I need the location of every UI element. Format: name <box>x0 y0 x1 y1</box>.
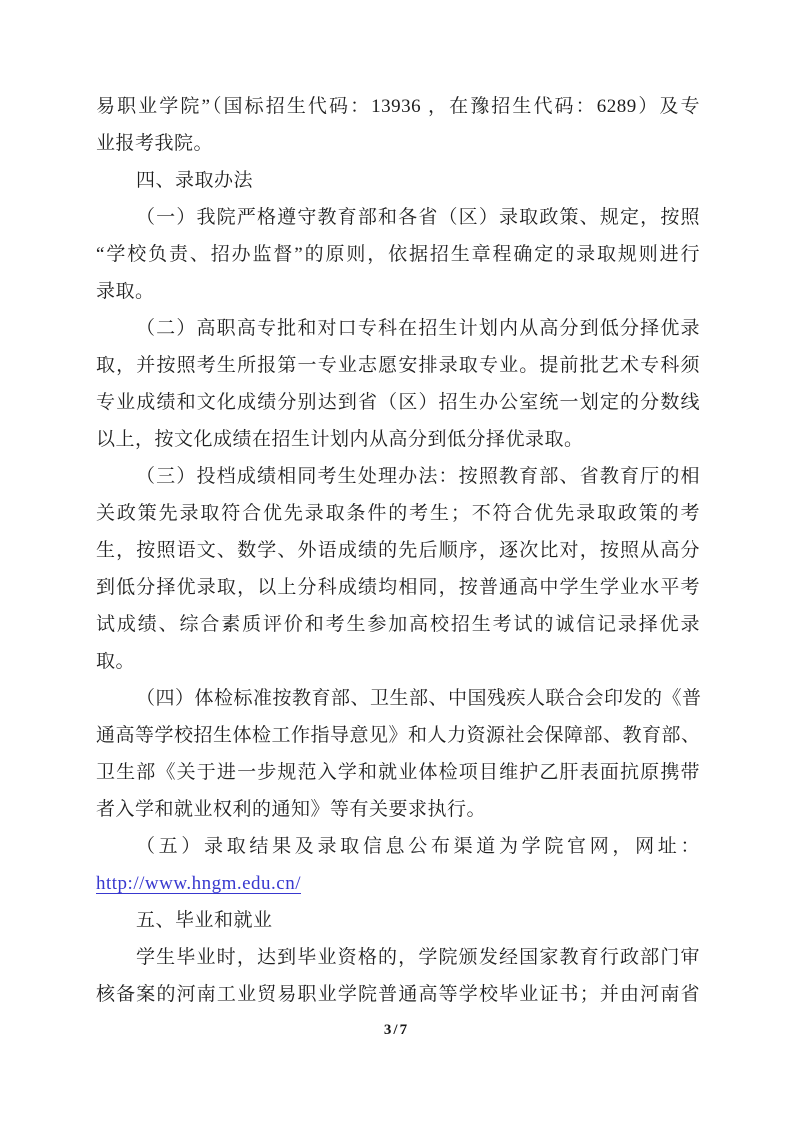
website-link-line: http://www.hngm.edu.cn/ <box>96 865 700 902</box>
text-line: （三）投档成绩相同考生处理办法：按照教育部、省教育厅的相 <box>96 458 700 495</box>
text-line: 录取。 <box>96 273 700 310</box>
text-line: （四）体检标准按教育部、卫生部、中国残疾人联合会印发的《普 <box>96 680 700 717</box>
text-line: （二）高职高专批和对口专科在招生计划内从高分到低分择优录 <box>96 310 700 347</box>
text-line: 取，并按照考生所报第一专业志愿安排录取专业。提前批艺术专科须 <box>96 347 700 384</box>
text-line: 者入学和就业权利的通知》等有关要求执行。 <box>96 791 700 828</box>
text-line: 业报考我院。 <box>96 125 700 162</box>
text-line: 生，按照语文、数学、外语成绩的先后顺序，逐次比对，按照从高分 <box>96 532 700 569</box>
website-link[interactable]: http://www.hngm.edu.cn/ <box>96 873 301 894</box>
text-line: （一）我院严格遵守教育部和各省（区）录取政策、规定，按照 <box>96 199 700 236</box>
text-line: “学校负责、招办监督”的原则，依据招生章程确定的录取规则进行 <box>96 236 700 273</box>
text-line: 卫生部《关于进一步规范入学和就业体检项目维护乙肝表面抗原携带 <box>96 754 700 791</box>
page-number: 3/7 <box>0 1022 793 1039</box>
section-heading-graduation-employment: 五、毕业和就业 <box>96 902 700 939</box>
text-line: 专业成绩和文化成绩分别达到省（区）招生办公室统一划定的分数线 <box>96 384 700 421</box>
text-line: 易职业学院”（国标招生代码：13936 ，在豫招生代码：6289）及专 <box>96 88 700 125</box>
text-line: 核备案的河南工业贸易职业学院普通高等学校毕业证书；并由河南省 <box>96 976 700 1013</box>
document-page: 易职业学院”（国标招生代码：13936 ，在豫招生代码：6289）及专业报考我院… <box>0 0 793 1122</box>
text-line: （五）录取结果及录取信息公布渠道为学院官网，网址： <box>96 828 700 865</box>
text-line: 到低分择优录取，以上分科成绩均相同，按普通高中学生学业水平考 <box>96 569 700 606</box>
text-line: 以上，按文化成绩在招生计划内从高分到低分择优录取。 <box>96 421 700 458</box>
text-line: 取。 <box>96 643 700 680</box>
text-line: 学生毕业时，达到毕业资格的，学院颁发经国家教育行政部门审 <box>96 939 700 976</box>
document-body: 易职业学院”（国标招生代码：13936 ，在豫招生代码：6289）及专业报考我院… <box>96 88 700 1013</box>
section-heading-admission-rules: 四、录取办法 <box>96 162 700 199</box>
text-line: 关政策先录取符合优先录取条件的考生；不符合优先录取政策的考 <box>96 495 700 532</box>
text-line: 试成绩、综合素质评价和考生参加高校招生考试的诚信记录择优录 <box>96 606 700 643</box>
text-line: 通高等学校招生体检工作指导意见》和人力资源社会保障部、教育部、 <box>96 717 700 754</box>
